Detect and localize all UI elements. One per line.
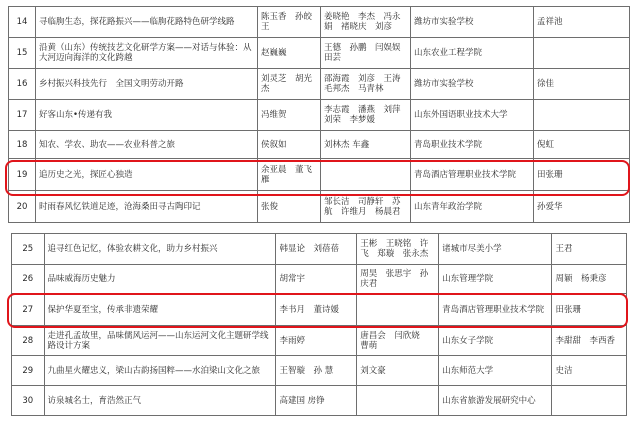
award-table-upper: 14 寻临朐生态，探花路振兴——临朐花路特色研学线路 陈玉香 孙皎王 姜晓艳 李…	[8, 6, 630, 223]
project-title: 保护华夏至宝，传承非遗荣耀	[44, 294, 276, 326]
table-row: 29 九曲星火耀忠义，梁山古韵扬国粹——水泊梁山文化之旅 王智璇 孙 慧 刘文豪…	[12, 356, 627, 386]
project-title: 知农、学农、助农——农业科普之旅	[36, 131, 258, 159]
members: 王彬 王晓铭 许飞 郑璇 张永杰	[357, 234, 439, 265]
project-title: 访泉城名士，育浩然正气	[44, 386, 276, 416]
unit: 青岛酒店管理职业技术学院	[411, 159, 534, 191]
table-row: 15 沿黄（山东）传统技艺文化研学方案——对话与体验：从大河迈向海洋的文化跨越 …	[9, 38, 630, 69]
unit: 山东农业工程学院	[411, 38, 534, 69]
row-number: 28	[12, 326, 45, 356]
row-number: 26	[12, 265, 45, 294]
unit: 诸城市尽美小学	[439, 234, 552, 265]
members: 刘林杰 车鑫	[321, 131, 411, 159]
authors: 李雨婷	[276, 326, 357, 356]
table-row: 26 品味威海历史魅力 胡常宇 周昊 张思宇 孙庆君 山东管理学院 周颖 杨秉彦	[12, 265, 627, 294]
project-title: 九曲星火耀忠义，梁山古韵扬国粹——水泊梁山文化之旅	[44, 356, 276, 386]
members	[321, 159, 411, 191]
table-row: 16 乡村振兴科技先行 全国文明劳动开路 刘灵芝 胡光杰 邵海霞 刘彦 王涛 毛…	[9, 69, 630, 100]
advisor: 田张珊	[534, 159, 630, 191]
unit: 山东师范大学	[439, 356, 552, 386]
award-table-lower: 25 追寻红色记忆，体验农耕文化，助力乡村振兴 韩显论 刘蓓蓓 王彬 王晓铭 许…	[11, 233, 627, 416]
table-row: 20 时雨春风忆铁道足迹，沧海桑田寻古陶印记 张俊 邹长洁 司静轩 苏航 许维月…	[9, 191, 630, 223]
table-row: 17 好客山东•传递有我 冯维贺 李志霞 潘燕 刘萍 刘荣 李梦媛 山东外国语职…	[9, 100, 630, 131]
authors: 张俊	[258, 191, 321, 223]
unit: 山东管理学院	[439, 265, 552, 294]
advisor	[552, 386, 627, 416]
row-number: 29	[12, 356, 45, 386]
authors: 王智璇 孙 慧	[276, 356, 357, 386]
advisor: 孙爱华	[534, 191, 630, 223]
advisor	[534, 100, 630, 131]
row-number: 15	[9, 38, 36, 69]
project-title: 品味威海历史魅力	[44, 265, 276, 294]
authors: 冯维贺	[258, 100, 321, 131]
members: 邵海霞 刘彦 王涛 毛邦杰 马青林	[321, 69, 411, 100]
members: 刘文豪	[357, 356, 439, 386]
table-row: 30 访泉城名士，育浩然正气 高建国 房铮 山东省旅游发展研究中心	[12, 386, 627, 416]
unit: 潍坊市实验学校	[411, 69, 534, 100]
page-gap	[0, 225, 639, 233]
table-row: 14 寻临朐生态，探花路振兴——临朐花路特色研学线路 陈玉香 孙皎王 姜晓艳 李…	[9, 7, 630, 38]
project-title: 追寻红色记忆，体验农耕文化，助力乡村振兴	[44, 234, 276, 265]
authors: 陈玉香 孙皎王	[258, 7, 321, 38]
unit: 山东青年政治学院	[411, 191, 534, 223]
row-number: 30	[12, 386, 45, 416]
advisor: 王君	[552, 234, 627, 265]
authors: 李书月 董诗媛	[276, 294, 357, 326]
unit: 山东女子学院	[439, 326, 552, 356]
advisor: 孟祥池	[534, 7, 630, 38]
project-title: 寻临朐生态，探花路振兴——临朐花路特色研学线路	[36, 7, 258, 38]
table-row: 25 追寻红色记忆，体验农耕文化，助力乡村振兴 韩显论 刘蓓蓓 王彬 王晓铭 许…	[12, 234, 627, 265]
project-title: 好客山东•传递有我	[36, 100, 258, 131]
row-number: 17	[9, 100, 36, 131]
table-row-highlighted: 27 保护华夏至宝，传承非遗荣耀 李书月 董诗媛 青岛酒店管理职业技术学院 田张…	[12, 294, 627, 326]
unit: 山东省旅游发展研究中心	[439, 386, 552, 416]
authors: 韩显论 刘蓓蓓	[276, 234, 357, 265]
members	[357, 294, 439, 326]
advisor: 徐佳	[534, 69, 630, 100]
advisor: 李甜甜 李西香	[552, 326, 627, 356]
advisor: 倪虹	[534, 131, 630, 159]
authors: 赵巍巍	[258, 38, 321, 69]
authors: 余亚晨 董飞雁	[258, 159, 321, 191]
row-number: 19	[9, 159, 36, 191]
row-number: 20	[9, 191, 36, 223]
project-title: 时雨春风忆铁道足迹，沧海桑田寻古陶印记	[36, 191, 258, 223]
members: 唐昌会 闫欣娆 曹萌	[357, 326, 439, 356]
project-title: 乡村振兴科技先行 全国文明劳动开路	[36, 69, 258, 100]
advisor: 田张珊	[552, 294, 627, 326]
authors: 刘灵芝 胡光杰	[258, 69, 321, 100]
row-number: 18	[9, 131, 36, 159]
table-row: 28 走进孔孟故里，品味儒风运河——山东运河文化主题研学线路设计方案 李雨婷 唐…	[12, 326, 627, 356]
members: 李志霞 潘燕 刘萍 刘荣 李梦媛	[321, 100, 411, 131]
row-number: 16	[9, 69, 36, 100]
members: 邹长洁 司静轩 苏航 许维月 杨晨君	[321, 191, 411, 223]
authors: 胡常宇	[276, 265, 357, 294]
unit: 青岛职业技术学院	[411, 131, 534, 159]
project-title: 走进孔孟故里，品味儒风运河——山东运河文化主题研学线路设计方案	[44, 326, 276, 356]
row-number: 25	[12, 234, 45, 265]
advisor: 周颖 杨秉彦	[552, 265, 627, 294]
unit: 山东外国语职业技术大学	[411, 100, 534, 131]
row-number: 14	[9, 7, 36, 38]
members	[357, 386, 439, 416]
project-title: 追历史之光，探匠心独造	[36, 159, 258, 191]
members: 周昊 张思宇 孙庆君	[357, 265, 439, 294]
authors: 高建国 房铮	[276, 386, 357, 416]
row-number: 27	[12, 294, 45, 326]
unit: 潍坊市实验学校	[411, 7, 534, 38]
table-row-highlighted: 19 追历史之光，探匠心独造 余亚晨 董飞雁 青岛酒店管理职业技术学院 田张珊	[9, 159, 630, 191]
advisor: 史洁	[552, 356, 627, 386]
authors: 侯叙如	[258, 131, 321, 159]
table-row: 18 知农、学农、助农——农业科普之旅 侯叙如 刘林杰 车鑫 青岛职业技术学院 …	[9, 131, 630, 159]
advisor	[534, 38, 630, 69]
members: 王德 孙鹏 闫娱娱 田芸	[321, 38, 411, 69]
members: 姜晓艳 李杰 冯永娟 褚晓庆 刘彦	[321, 7, 411, 38]
project-title: 沿黄（山东）传统技艺文化研学方案——对话与体验：从大河迈向海洋的文化跨越	[36, 38, 258, 69]
unit: 青岛酒店管理职业技术学院	[439, 294, 552, 326]
